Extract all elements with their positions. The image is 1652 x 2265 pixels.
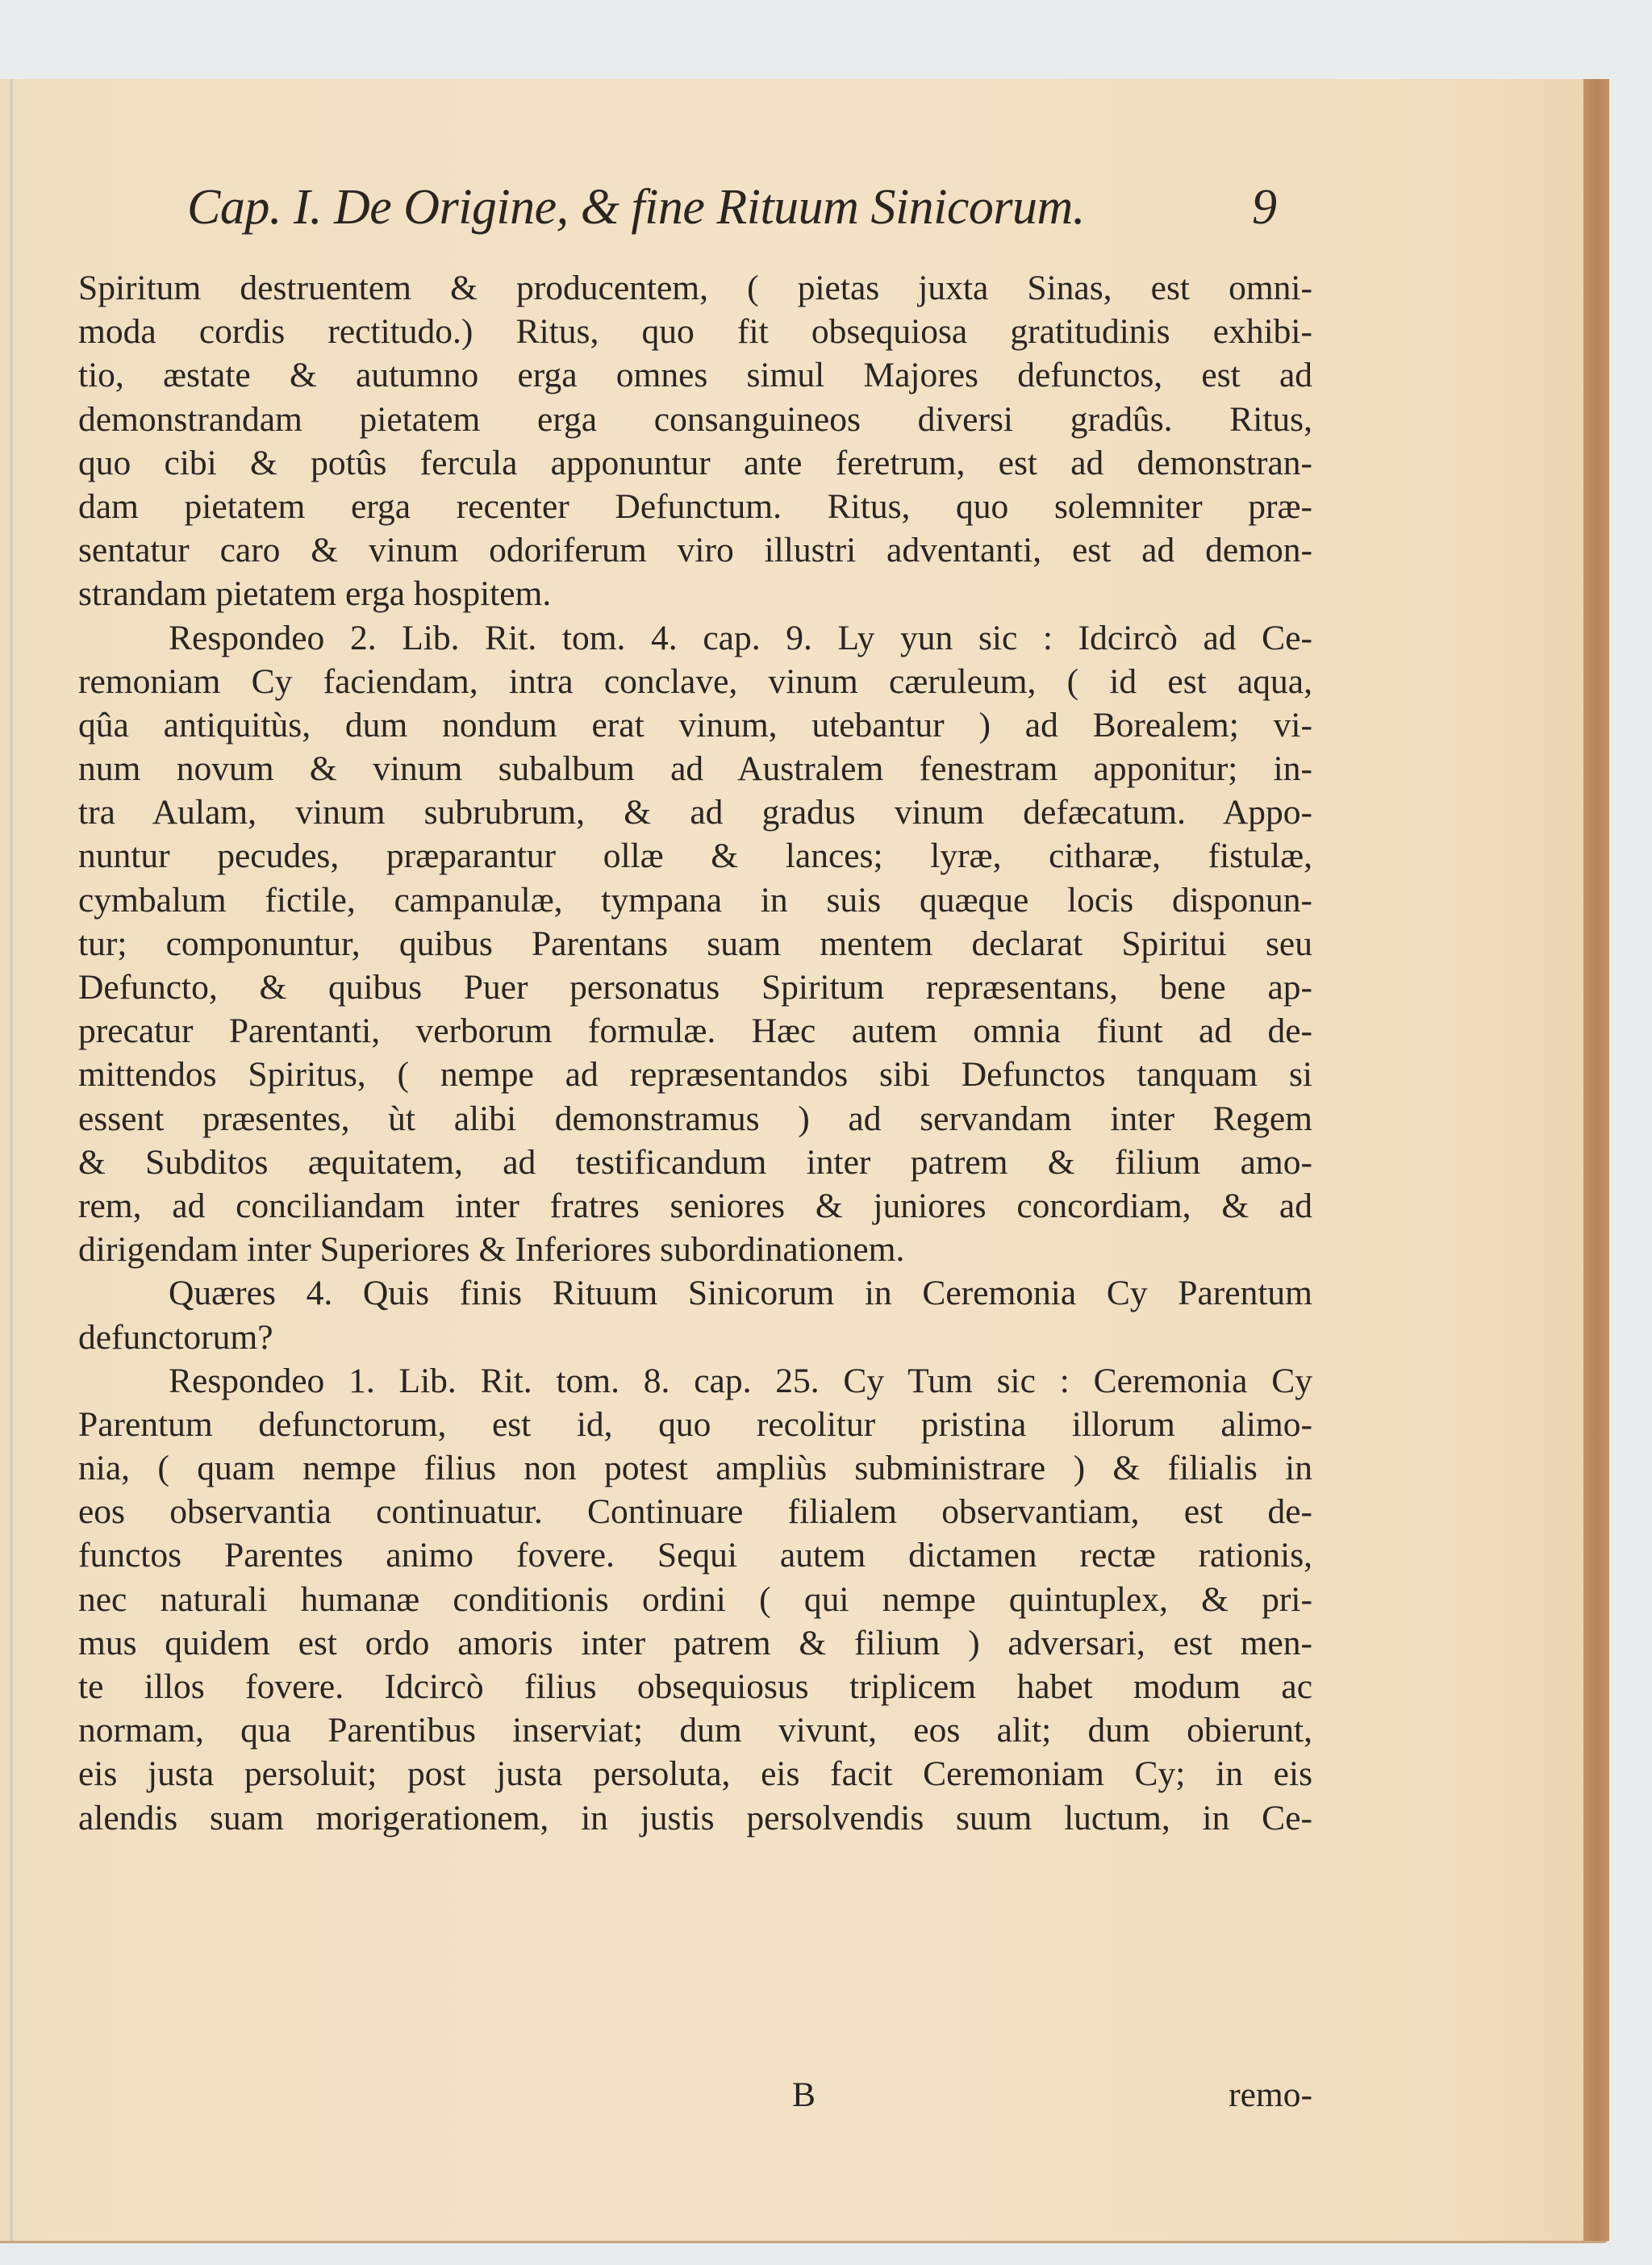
text-line: tio, æstate & autumno erga omnes simul M… [78, 353, 1312, 397]
text-line: functos Parentes animo fovere. Sequi aut… [78, 1533, 1312, 1577]
text-line: rem, ad conciliandam inter fratres senio… [78, 1184, 1312, 1228]
text-line: cymbalum fictile, campanulæ, tympana in … [78, 878, 1312, 922]
gutter-shadow [10, 79, 13, 2241]
page-edge [1583, 79, 1609, 2241]
text-line: strandam pietatem erga hospitem. [78, 572, 1312, 615]
text-line: nuntur pecudes, præparantur ollæ & lance… [78, 834, 1312, 878]
text-line: demonstrandam pietatem erga consanguineo… [78, 398, 1312, 441]
text-line: & Subditos æquitatem, ad testificandum i… [78, 1141, 1312, 1184]
text-line: mus quidem est ordo amoris inter patrem … [78, 1621, 1312, 1665]
text-line: mittendos Spiritus, ( nempe ad repræsent… [78, 1053, 1312, 1096]
text-line: te illos fovere. Idcircò filius obsequio… [78, 1665, 1312, 1708]
text-line: Defuncto, & quibus Puer personatus Spiri… [78, 966, 1312, 1009]
text-line: dam pietatem erga recenter Defunctum. Ri… [78, 485, 1312, 528]
text-line: defunctorum? [78, 1316, 1312, 1359]
page-number: 9 [1252, 179, 1277, 236]
page-footer: B remo- [78, 2075, 1312, 2123]
text-line: nec naturali humanæ conditionis ordini (… [78, 1578, 1312, 1621]
text-line: normam, qua Parentibus inserviat; dum vi… [78, 1708, 1312, 1752]
paragraph-start: Respondeo 2. Lib. Rit. tom. 4. cap. 9. L… [78, 616, 1312, 660]
text-line: tra Aulam, vinum subrubrum, & ad gradus … [78, 790, 1312, 834]
text-line: precatur Parentanti, verborum formulæ. H… [78, 1009, 1312, 1053]
body-text: Spiritum destruentem & producentem, ( pi… [78, 266, 1312, 1840]
text-line: essent præsentes, ùt alibi demonstramus … [78, 1097, 1312, 1141]
paragraph-start: Respondeo 1. Lib. Rit. tom. 8. cap. 25. … [78, 1359, 1312, 1403]
catchword: remo- [1229, 2075, 1312, 2115]
text-line: dirigendam inter Superiores & Inferiores… [78, 1228, 1312, 1271]
text-line: sentatur caro & vinum odoriferum viro il… [78, 528, 1312, 572]
text-line: moda cordis rectitudo.) Ritus, quo fit o… [78, 310, 1312, 353]
text-line: qûa antiquitùs, dum nondum erat vinum, u… [78, 703, 1312, 747]
text-line: tur; componuntur, quibus Parentans suam … [78, 922, 1312, 966]
text-line: Spiritum destruentem & producentem, ( pi… [78, 266, 1312, 310]
text-line: num novum & vinum subalbum ad Australem … [78, 747, 1312, 790]
signature-mark: B [792, 2075, 816, 2115]
text-line: eis justa persoluit; post justa persolut… [78, 1752, 1312, 1796]
book-page: Cap. I. De Origine, & fine Rituum Sinico… [0, 79, 1609, 2243]
question-heading: Quæres 4. Quis finis Rituum Sinicorum in… [78, 1271, 1312, 1315]
text-line: quo cibi & potûs fercula apponuntur ante… [78, 441, 1312, 485]
text-line: eos observantia continuatur. Continuare … [78, 1490, 1312, 1533]
running-head: Cap. I. De Origine, & fine Rituum Sinico… [187, 179, 1300, 236]
text-line: nia, ( quam nempe filius non potest ampl… [78, 1446, 1312, 1490]
text-line: remoniam Cy faciendam, intra conclave, v… [78, 660, 1312, 703]
text-line: alendis suam morigerationem, in justis p… [78, 1796, 1312, 1840]
text-line: Parentum defunctorum, est id, quo recoli… [78, 1403, 1312, 1446]
